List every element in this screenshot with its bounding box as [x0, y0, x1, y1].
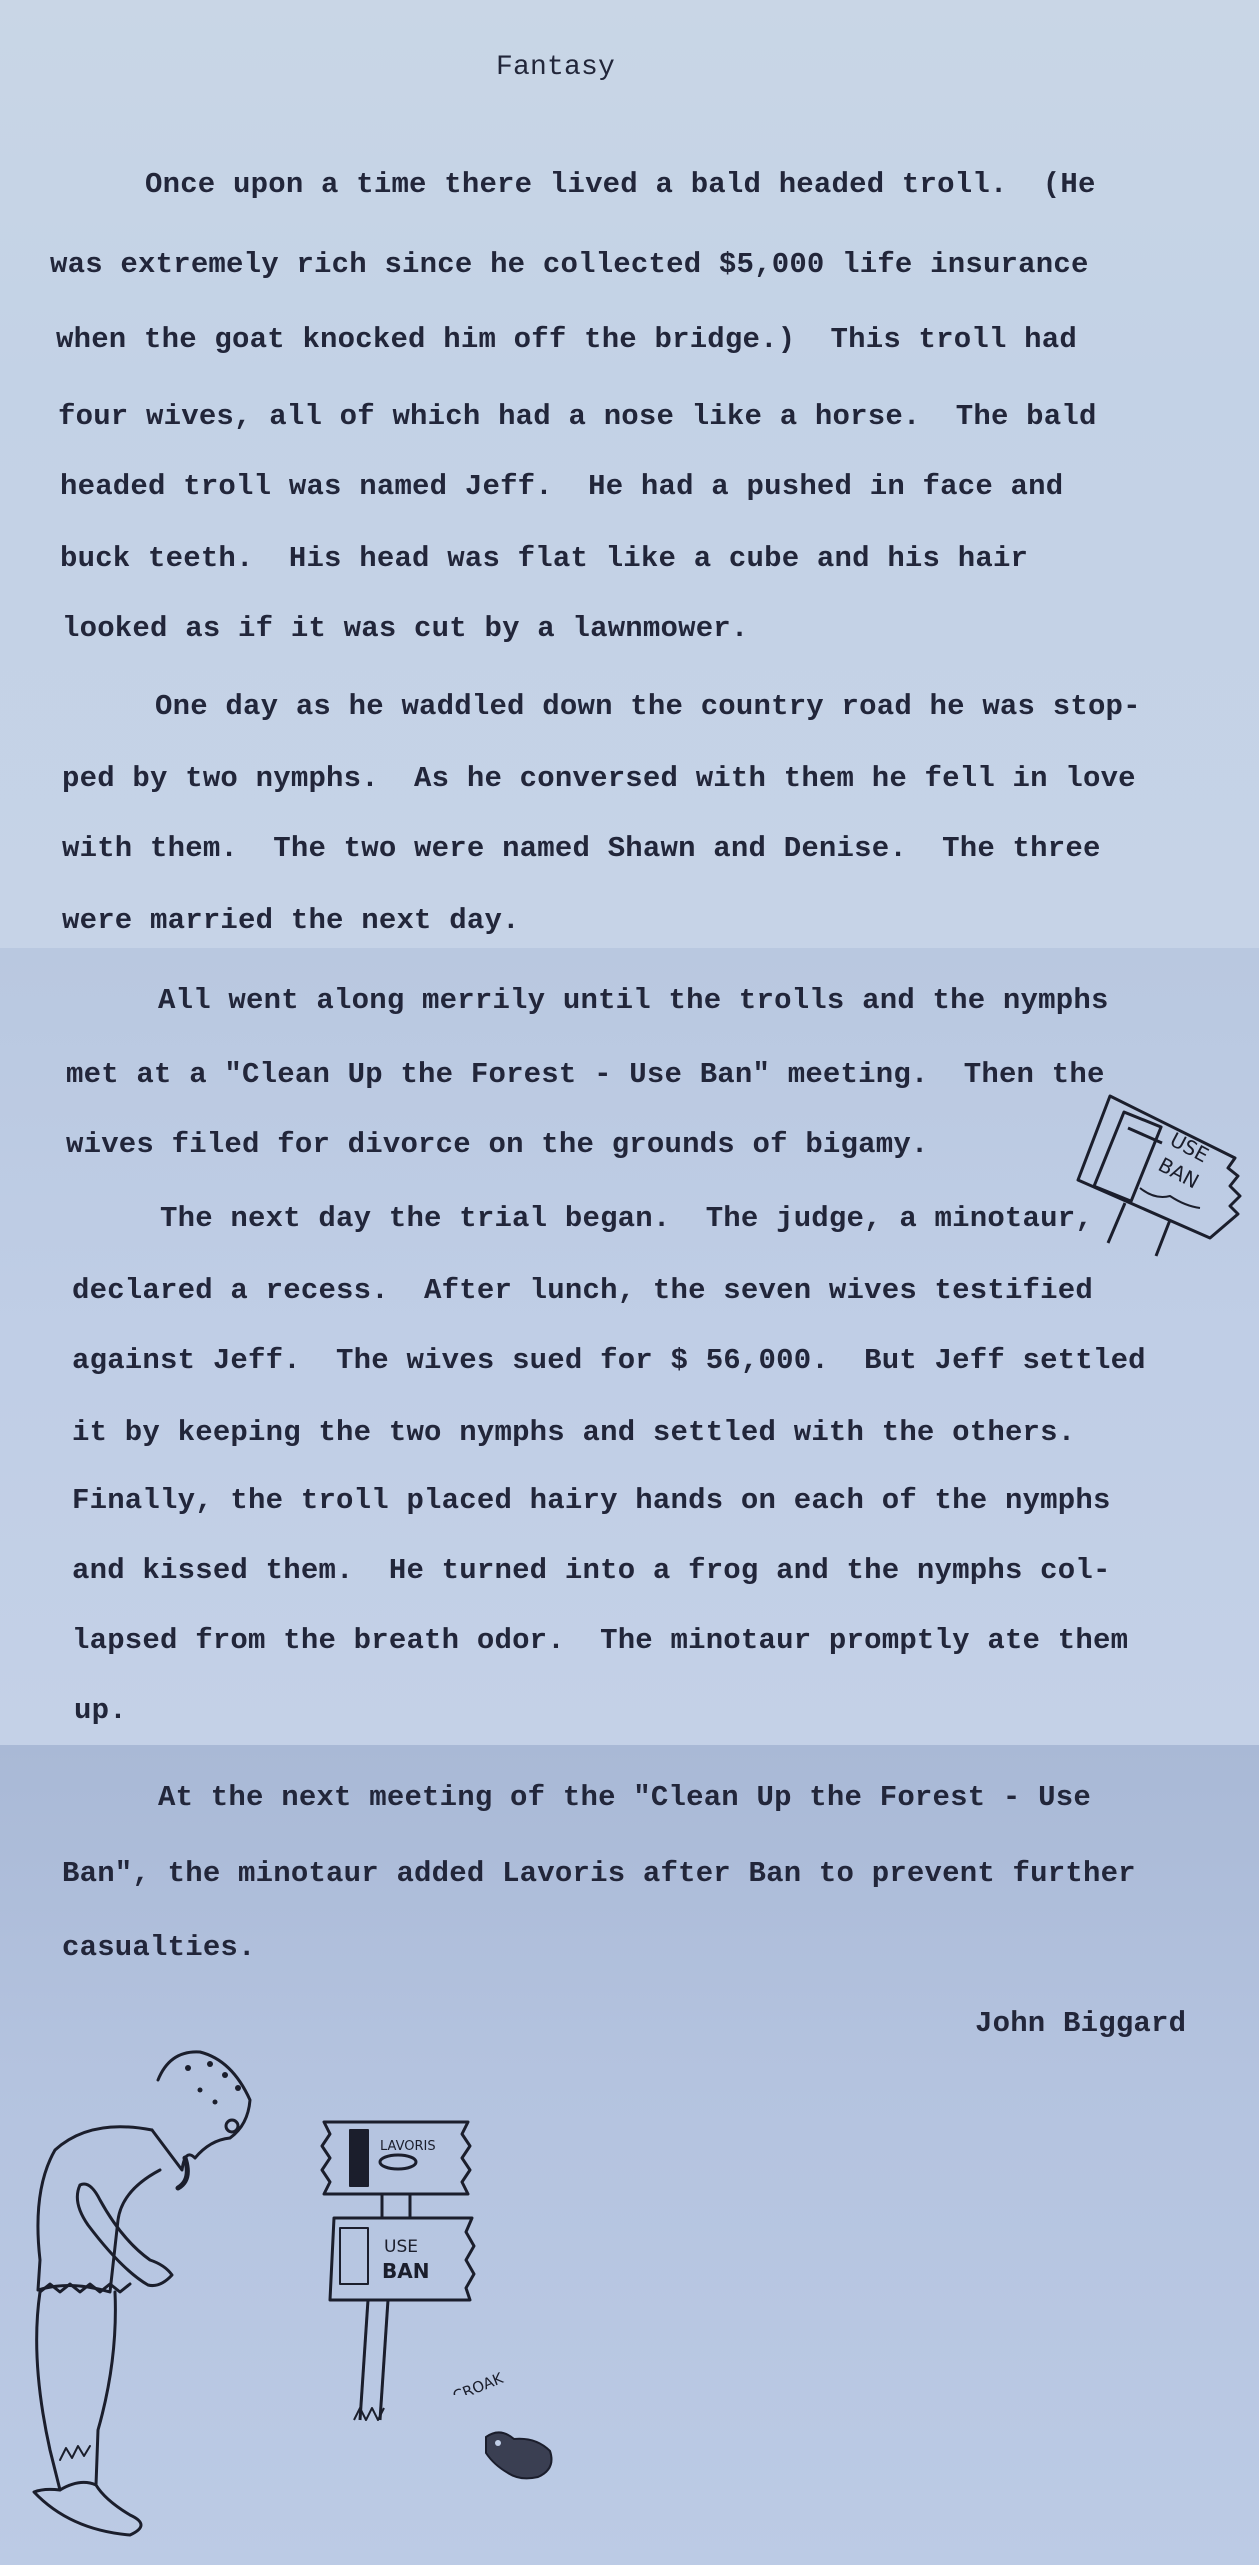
text-line: headed troll was named Jeff. He had a pu…	[60, 470, 1063, 503]
text-line: against Jeff. The wives sued for $ 56,00…	[72, 1344, 1146, 1377]
text-line: looked as if it was cut by a lawnmower.	[62, 612, 749, 645]
text-line: One day as he waddled down the country r…	[155, 690, 1141, 723]
page-section-2: All went along merrily until the trolls …	[0, 948, 1259, 1745]
troll-drawing	[10, 2030, 270, 2550]
text-line: and kissed them. He turned into a frog a…	[72, 1554, 1111, 1587]
text-line: Finally, the troll placed hairy hands on…	[72, 1484, 1111, 1517]
text-line: Once upon a time there lived a bald head…	[145, 168, 1096, 201]
text-line: with them. The two were named Shawn and …	[62, 832, 1101, 865]
text-line: At the next meeting of the "Clean Up the…	[158, 1781, 1091, 1814]
sign-text: LAVORIS	[380, 2139, 436, 2154]
text-line: buck teeth. His head was flat like a cub…	[60, 542, 1028, 575]
author-signature: John Biggard	[975, 2007, 1186, 2040]
text-line: wives filed for divorce on the grounds o…	[66, 1128, 929, 1161]
text-line: four wives, all of which had a nose like…	[58, 400, 1097, 433]
croak-text: CROAK	[450, 2369, 507, 2395]
text-line: All went along merrily until the trolls …	[158, 984, 1109, 1017]
page-section-3: At the next meeting of the "Clean Up the…	[0, 1745, 1259, 2565]
text-line: up.	[74, 1694, 127, 1727]
text-line: Ban", the minotaur added Lavoris after B…	[62, 1857, 1136, 1890]
text-line: was extremely rich since he collected $5…	[50, 248, 1089, 281]
text-line: ped by two nymphs. As he conversed with …	[62, 762, 1136, 795]
text-line: The next day the trial began. The judge,…	[160, 1202, 1093, 1235]
text-line: were married the next day.	[62, 904, 520, 937]
text-line: lapsed from the breath odor. The minotau…	[72, 1624, 1128, 1657]
text-line: met at a "Clean Up the Forest - Use Ban"…	[66, 1058, 1105, 1091]
document-title: Fantasy	[496, 52, 615, 83]
lavoris-sign-drawing: LAVORIS USE BAN	[320, 2120, 480, 2450]
use-ban-sign-drawing: USE BAN	[1060, 1088, 1259, 1258]
sign-text: USE	[384, 2237, 418, 2257]
frog-drawing	[480, 2425, 560, 2485]
sign-text: BAN	[382, 2259, 429, 2283]
page-section-1: Fantasy Once upon a time there lived a b…	[0, 0, 1259, 948]
text-line: it by keeping the two nymphs and settled…	[72, 1416, 1075, 1449]
text-line: casualties.	[62, 1931, 256, 1964]
text-line: declared a recess. After lunch, the seve…	[72, 1274, 1093, 1307]
text-line: when the goat knocked him off the bridge…	[56, 323, 1077, 356]
croak-caption: CROAK	[445, 2355, 525, 2395]
